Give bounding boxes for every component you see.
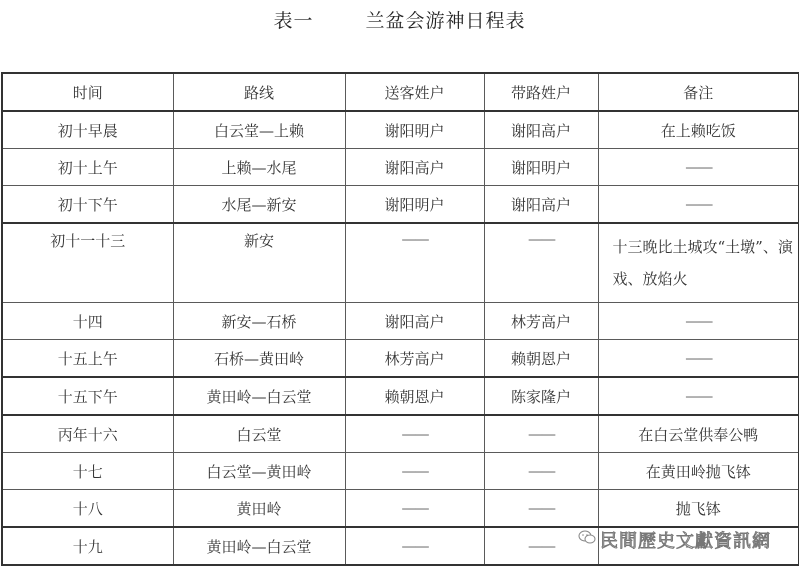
cell-send: 谢阳高户 xyxy=(345,149,484,186)
cell-route: 新安—石桥 xyxy=(173,303,345,340)
cell-note: 抛飞钵 xyxy=(598,490,799,528)
table-row: 初十一十三 新安 —— —— 十三晚比土城攻“土墩”、演戏、放焰火 xyxy=(2,223,799,303)
cell-time: 初十一十三 xyxy=(2,223,173,303)
table-row: 十八 黄田岭 —— —— 抛飞钵 xyxy=(2,490,799,528)
cell-guide: —— xyxy=(484,415,598,453)
cell-send: —— xyxy=(345,453,484,490)
table-row: 初十早晨 白云堂—上赖 谢阳明户 谢阳高户 在上赖吃饭 xyxy=(2,111,799,149)
cell-send: 赖朝恩户 xyxy=(345,377,484,415)
cell-route: 白云堂—黄田岭 xyxy=(173,453,345,490)
cell-time: 十九 xyxy=(2,527,173,565)
cell-guide: 谢阳高户 xyxy=(484,186,598,224)
cell-note: 在上赖吃饭 xyxy=(598,111,799,149)
header-send-household: 送客姓户 xyxy=(345,73,484,111)
cell-guide: —— xyxy=(484,453,598,490)
cell-route: 新安 xyxy=(173,223,345,303)
wechat-icon xyxy=(578,530,596,544)
header-guide-household: 带路姓户 xyxy=(484,73,598,111)
cell-send: 谢阳明户 xyxy=(345,111,484,149)
cell-send: —— xyxy=(345,527,484,565)
cell-route: 黄田岭—白云堂 xyxy=(173,377,345,415)
header-time: 时间 xyxy=(2,73,173,111)
cell-route: 白云堂 xyxy=(173,415,345,453)
cell-route: 石桥—黄田岭 xyxy=(173,340,345,378)
cell-route: 水尾—新安 xyxy=(173,186,345,224)
table-caption: 兰盆会游神日程表 xyxy=(366,10,526,32)
cell-route: 白云堂—上赖 xyxy=(173,111,345,149)
cell-note: —— xyxy=(598,303,799,340)
header-row: 时间 路线 送客姓户 带路姓户 备注 xyxy=(2,73,799,111)
cell-guide: 谢阳明户 xyxy=(484,149,598,186)
table-row: 丙年十六 白云堂 —— —— 在白云堂供奉公鸭 xyxy=(2,415,799,453)
watermark: 民間歷史文獻資訊網 xyxy=(600,527,771,553)
cell-time: 初十早晨 xyxy=(2,111,173,149)
cell-send: 谢阳明户 xyxy=(345,186,484,224)
cell-time: 初十上午 xyxy=(2,149,173,186)
cell-route: 黄田岭—白云堂 xyxy=(173,527,345,565)
cell-note: 在白云堂供奉公鸭 xyxy=(598,415,799,453)
cell-time: 初十下午 xyxy=(2,186,173,224)
cell-time: 十八 xyxy=(2,490,173,528)
cell-time: 十五下午 xyxy=(2,377,173,415)
cell-route: 黄田岭 xyxy=(173,490,345,528)
cell-guide: —— xyxy=(484,223,598,303)
cell-guide: 赖朝恩户 xyxy=(484,340,598,378)
table-row: 初十下午 水尾—新安 谢阳明户 谢阳高户 —— xyxy=(2,186,799,224)
cell-time: 丙年十六 xyxy=(2,415,173,453)
table-number: 表一 xyxy=(273,6,313,33)
schedule-table: 时间 路线 送客姓户 带路姓户 备注 初十早晨 白云堂—上赖 谢阳明户 谢阳高户… xyxy=(1,72,799,566)
cell-note: —— xyxy=(598,149,799,186)
table-row: 初十上午 上赖—水尾 谢阳高户 谢阳明户 —— xyxy=(2,149,799,186)
header-note: 备注 xyxy=(598,73,799,111)
cell-guide: 林芳高户 xyxy=(484,303,598,340)
header-route: 路线 xyxy=(173,73,345,111)
cell-send: —— xyxy=(345,415,484,453)
table-row: 十四 新安—石桥 谢阳高户 林芳高户 —— xyxy=(2,303,799,340)
table-row: 十五上午 石桥—黄田岭 林芳高户 赖朝恩户 —— xyxy=(2,340,799,378)
cell-note: —— xyxy=(598,377,799,415)
watermark-text: 民間歷史文獻資訊網 xyxy=(600,531,771,552)
cell-note: 在黄田岭抛飞钵 xyxy=(598,453,799,490)
cell-note: 十三晚比土城攻“土墩”、演戏、放焰火 xyxy=(598,223,799,303)
cell-time: 十七 xyxy=(2,453,173,490)
cell-guide: —— xyxy=(484,490,598,528)
table-title: 表一兰盆会游神日程表 xyxy=(0,6,799,33)
cell-route: 上赖—水尾 xyxy=(173,149,345,186)
table-row: 十五下午 黄田岭—白云堂 赖朝恩户 陈家隆户 —— xyxy=(2,377,799,415)
cell-send: —— xyxy=(345,490,484,528)
cell-guide: 谢阳高户 xyxy=(484,111,598,149)
cell-note: —— xyxy=(598,186,799,224)
cell-send: —— xyxy=(345,223,484,303)
cell-send: 谢阳高户 xyxy=(345,303,484,340)
cell-guide: 陈家隆户 xyxy=(484,377,598,415)
cell-time: 十五上午 xyxy=(2,340,173,378)
table-row: 十七 白云堂—黄田岭 —— —— 在黄田岭抛飞钵 xyxy=(2,453,799,490)
cell-time: 十四 xyxy=(2,303,173,340)
cell-note: —— xyxy=(598,340,799,378)
cell-send: 林芳高户 xyxy=(345,340,484,378)
